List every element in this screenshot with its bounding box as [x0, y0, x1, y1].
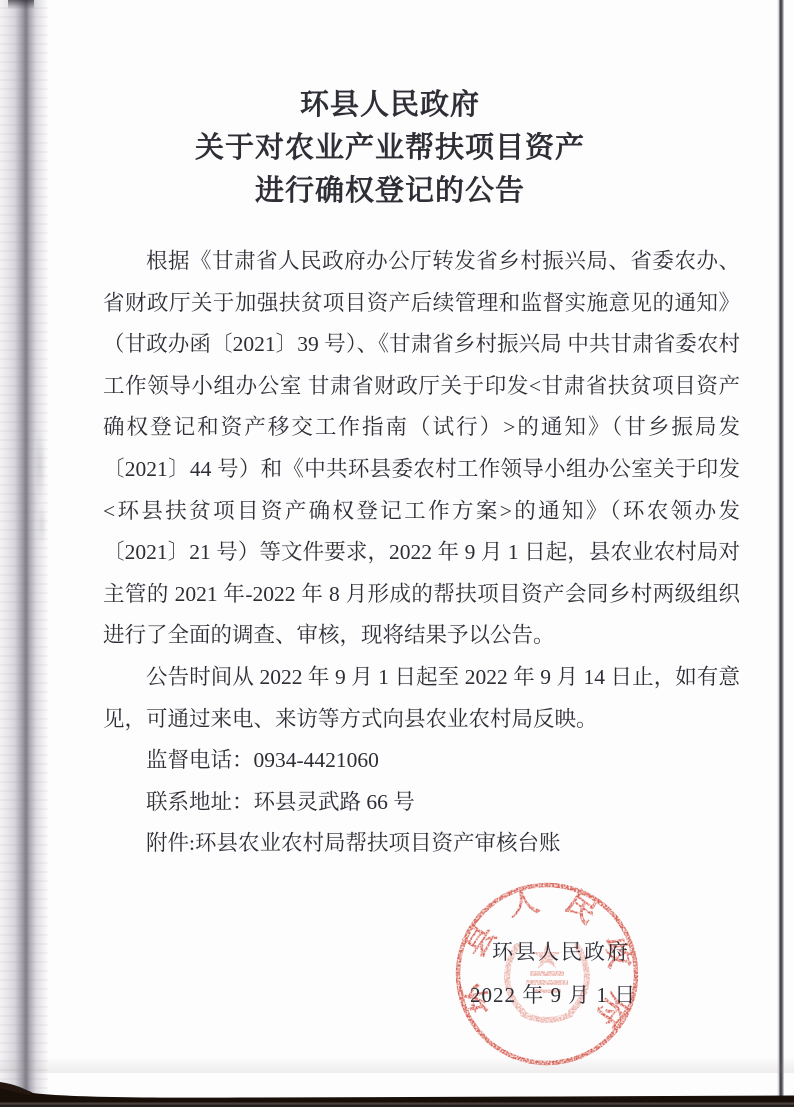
- notice-title-line-2: 关于对农业产业帮扶项目资产: [0, 127, 780, 170]
- scan-smudge: [37, 505, 47, 545]
- paragraph-attachment: 附件:环县农业农村局帮扶项目资产审核台账: [103, 823, 740, 865]
- scan-bottom-book-edge: [0, 1067, 794, 1107]
- paragraph-notice-period: 公告时间从 2022 年 9 月 1 日起至 2022 年 9 月 14 日止，…: [103, 657, 740, 740]
- notice-body: 根据《甘肃省人民政府办公厅转发省乡村振兴局、省委农办、省财政厅关于加强扶贫项目资…: [103, 241, 740, 865]
- notice-title-line-3: 进行确权登记的公告: [0, 170, 780, 213]
- paragraph-address: 联系地址：环县灵武路 66 号: [103, 782, 740, 824]
- signature-date: 2022 年 9 月 1 日: [470, 979, 636, 1009]
- notice-title: 环县人民政府 关于对农业产业帮扶项目资产 进行确权登记的公告: [0, 84, 780, 213]
- paragraph-basis: 根据《甘肃省人民政府办公厅转发省乡村振兴局、省委农办、省财政厅关于加强扶贫项目资…: [103, 241, 740, 657]
- official-seal: 环县人民政府: [449, 876, 645, 1072]
- scanned-notice-page: { "doc": { "title_lines": [ "环县人民政府", "关…: [0, 0, 794, 1107]
- paragraph-phone: 监督电话：0934-4421060: [103, 740, 740, 782]
- scan-smudge: [34, 430, 46, 500]
- notice-title-line-1: 环县人民政府: [0, 84, 780, 127]
- signature-issuer: 环县人民政府: [492, 936, 630, 966]
